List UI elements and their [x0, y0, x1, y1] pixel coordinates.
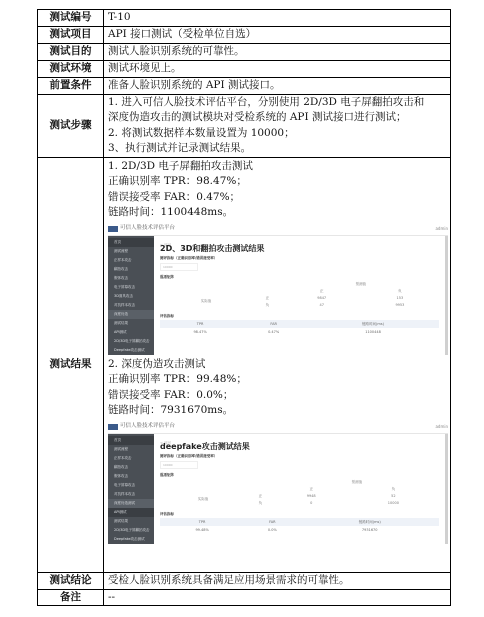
step-line: 3、执行测试并记录测试结果。 [108, 141, 446, 157]
screenshot-header: 可信人脸技术评估平台 admin [108, 421, 448, 433]
result-line: 错误接受率 FAR：0.47%； [108, 190, 446, 206]
sidebar-item: 深度伪造测试 [108, 499, 154, 508]
value-test-env: 测试环境见上。 [104, 61, 451, 78]
result-line: 正确识别率 TPR：99.48%； [108, 372, 446, 388]
value-test-item: API 接口测试（受检单位自选） [104, 27, 451, 44]
sidebar-item: 测试结果 [108, 517, 154, 526]
page-title: deepfake攻击测试结果 [160, 441, 439, 453]
sidebar-item: 翻拍攻击 [108, 265, 154, 274]
confusion-matrix: 预测值 正负 实际值正994852 负010000 [160, 479, 439, 507]
sidebar-item: 2D/3D电子屏翻拍攻击 [108, 337, 154, 346]
metric-subtitle: 测评指标（正确识别率/错误接受率） [160, 255, 439, 262]
label-test-env: 测试环境 [38, 61, 104, 78]
sidebar-item: 首页 [108, 436, 154, 445]
sample-count-field: 10000 [160, 461, 198, 469]
value-test-purpose: 测试人脸识别系统的可靠性。 [104, 44, 451, 61]
sidebar-item: Deepfake攻击测试 [108, 535, 154, 544]
page-title: 2D、3D和翻拍攻击测试结果 [160, 243, 439, 255]
sidebar-item: 假体攻击 [108, 274, 154, 283]
row-test-env: 测试环境 测试环境见上。 [38, 61, 451, 78]
metric-subtitle: 测评指标（正确识别率/错误接受率） [160, 453, 439, 460]
sidebar-item: 首页 [108, 238, 154, 247]
screenshot-content: < 返回 2D、3D和翻拍攻击测试结果 测评指标（正确识别率/错误接受率） 10… [154, 236, 448, 355]
row-remarks: 备注 -- [38, 589, 451, 606]
sample-count-field: 10000 [160, 263, 198, 271]
label-test-item: 测试项目 [38, 27, 104, 44]
sidebar-item: 电子屏幕攻击 [108, 283, 154, 292]
row-conclusion: 测试结论 受检人脸识别系统具备满足应用场景需求的可靠性。 [38, 572, 451, 589]
confusion-matrix: 预测值 正负 实际值正9847153 负479953 [160, 281, 439, 309]
label-remarks: 备注 [38, 589, 104, 606]
sidebar-item: 正样本攻击 [108, 256, 154, 265]
row-test-id: 测试编号 T-10 [38, 10, 451, 27]
value-precondition: 准备人脸识别系统的 API 测试接口。 [104, 78, 451, 95]
step-line: 1. 进入可信人脸技术评估平台，分别使用 2D/3D 电子屏翻拍攻击和 [108, 95, 446, 111]
section-confusion-matrix: 混淆矩阵 [160, 274, 439, 281]
sidebar-item: 测试结果 [108, 319, 154, 328]
test-record-table: 测试编号 T-10 测试项目 API 接口测试（受检单位自选） 测试目的 测试人… [37, 9, 451, 606]
label-precondition: 前置条件 [38, 78, 104, 95]
value-conclusion: 受检人脸识别系统具备满足应用场景需求的可靠性。 [104, 572, 451, 589]
screenshot-header: 可信人脸技术评估平台 admin [108, 223, 448, 235]
platform-name: 可信人脸技术评估平台 [120, 221, 175, 237]
section-confusion-matrix: 混淆矩阵 [160, 472, 439, 479]
sidebar-item: 翻拍攻击 [108, 463, 154, 472]
metrics-table: TPRFAR链路时间(ms) 99.48%0.0%7931670 [160, 518, 439, 534]
sidebar-item: Deepfake攻击测试 [108, 346, 154, 355]
user-menu: admin [435, 419, 448, 435]
row-test-steps: 测试步骤 1. 进入可信人脸技术评估平台，分别使用 2D/3D 电子屏翻拍攻击和… [38, 94, 451, 157]
screenshot-content: < 返回 deepfake攻击测试结果 测评指标（正确识别率/错误接受率） 10… [154, 434, 448, 544]
platform-logo-icon [108, 424, 118, 430]
label-test-results: 测试结果 [38, 157, 104, 572]
result-line: 正确识别率 TPR：98.47%； [108, 174, 446, 190]
result-line: 链路时间：1100448ms。 [108, 205, 446, 221]
screenshot-sidebar: 首页 测试流程 正样本攻击 翻拍攻击 假体攻击 电子屏幕攻击 3D面具攻击 对抗… [108, 236, 154, 355]
sidebar-item: 假体攻击 [108, 472, 154, 481]
screenshot-deepfake-results: 可信人脸技术评估平台 admin 首页 测试流程 正样本攻击 翻拍攻击 假体攻击… [108, 421, 448, 544]
label-conclusion: 测试结论 [38, 572, 104, 589]
sidebar-item: 2D/3D电子屏翻拍攻击 [108, 526, 154, 535]
platform-logo-icon [108, 226, 118, 232]
value-test-id: T-10 [104, 10, 451, 27]
sidebar-item: API测试 [108, 328, 154, 337]
label-test-steps: 测试步骤 [38, 94, 104, 157]
result-line: 1. 2D/3D 电子屏翻拍攻击测试 [108, 159, 446, 175]
metrics-table: TPRFAR链路时间(ms) 98.47%0.47%1100448 [160, 320, 439, 336]
screenshot-sidebar: 首页 测试流程 正样本攻击 翻拍攻击 假体攻击 电子屏幕攻击 对抗样本攻击 深度… [108, 434, 154, 544]
value-test-steps: 1. 进入可信人脸技术评估平台，分别使用 2D/3D 电子屏翻拍攻击和 深度伪造… [104, 94, 451, 157]
result-line: 错误接受率 FAR：0.0%； [108, 388, 446, 404]
sidebar-item: 电子屏幕攻击 [108, 481, 154, 490]
sidebar-item: 测试流程 [108, 247, 154, 256]
row-test-item: 测试项目 API 接口测试（受检单位自选） [38, 27, 451, 44]
row-test-purpose: 测试目的 测试人脸识别系统的可靠性。 [38, 44, 451, 61]
sidebar-item: 深度伪造 [108, 310, 154, 319]
sidebar-item: 对抗样本攻击 [108, 490, 154, 499]
sidebar-item: 测试流程 [108, 445, 154, 454]
step-line: 2. 将测试数据样本数量设置为 10000； [108, 126, 446, 142]
user-menu: admin [435, 221, 448, 237]
section-metrics: 评估指标 [160, 313, 439, 320]
result-line: 2. 深度伪造攻击测试 [108, 357, 446, 373]
label-test-purpose: 测试目的 [38, 44, 104, 61]
sidebar-item: 正样本攻击 [108, 454, 154, 463]
section-metrics: 评估指标 [160, 511, 439, 518]
step-line: 深度伪造攻击的测试模块对受检系统的 API 测试接口进行测试； [108, 110, 446, 126]
label-test-id: 测试编号 [38, 10, 104, 27]
value-remarks: -- [104, 589, 451, 606]
sidebar-item: 3D面具攻击 [108, 292, 154, 301]
row-test-results: 测试结果 1. 2D/3D 电子屏翻拍攻击测试 正确识别率 TPR：98.47%… [38, 157, 451, 572]
platform-name: 可信人脸技术评估平台 [120, 419, 175, 435]
sidebar-item: 对抗样本攻击 [108, 301, 154, 310]
screenshot-2d3d-results: 可信人脸技术评估平台 admin 首页 测试流程 正样本攻击 翻拍攻击 假体攻击… [108, 223, 448, 355]
sidebar-item: API测试 [108, 508, 154, 517]
value-test-results: 1. 2D/3D 电子屏翻拍攻击测试 正确识别率 TPR：98.47%； 错误接… [104, 157, 451, 572]
row-precondition: 前置条件 准备人脸识别系统的 API 测试接口。 [38, 78, 451, 95]
result-line: 链路时间：7931670ms。 [108, 403, 446, 419]
